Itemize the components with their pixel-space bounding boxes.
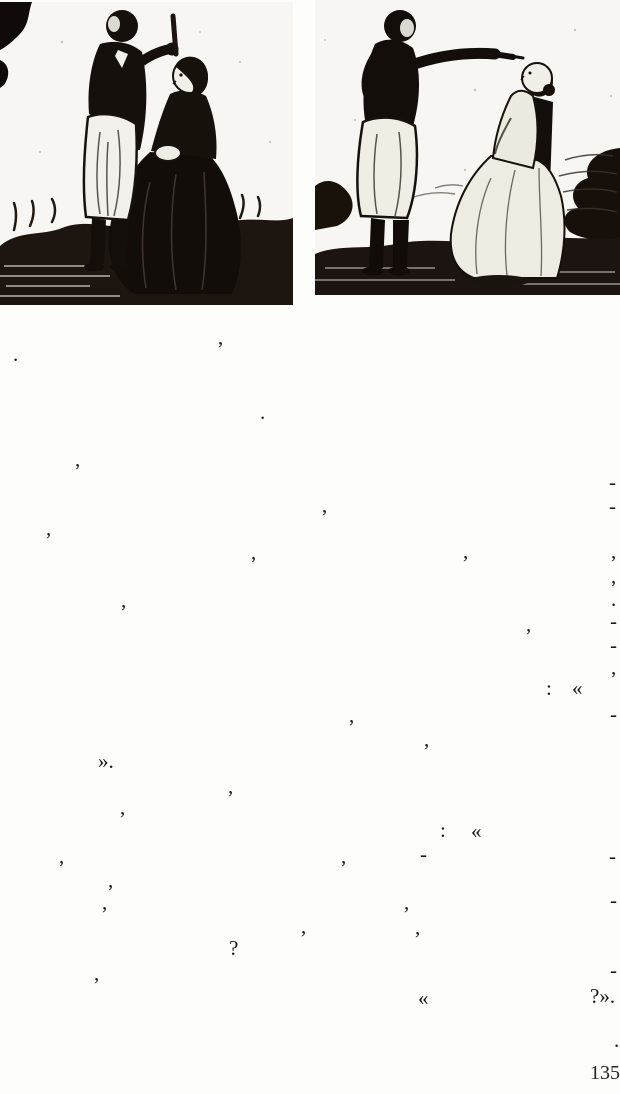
punctuation-mark: : xyxy=(440,820,446,841)
punctuation-mark: « xyxy=(418,988,429,1009)
punctuation-mark: , xyxy=(463,541,468,562)
punctuation-mark: - xyxy=(610,611,617,632)
punctuation-mark: - xyxy=(610,635,617,656)
punctuation-mark: - xyxy=(420,844,427,865)
punctuation-mark: , xyxy=(611,657,616,678)
punctuation-mark: , xyxy=(102,892,107,913)
punctuation-mark: , xyxy=(349,705,354,726)
punctuation-mark: - xyxy=(610,960,617,981)
punctuation-mark: , xyxy=(251,542,256,563)
punctuation-mark: . xyxy=(614,1030,619,1051)
punctuation-mark: ». xyxy=(98,751,114,772)
punctuation-mark: . xyxy=(13,344,18,365)
punctuation-mark: . xyxy=(611,589,616,610)
book-page: ,..,--,,,,,,,.-,-,:«,-,».,,:«,,--,,,-,,?… xyxy=(0,0,620,1094)
punctuation-mark: « xyxy=(471,821,482,842)
punctuation-mark: , xyxy=(108,870,113,891)
punctuation-mark: - xyxy=(609,846,616,867)
punctuation-mark: , xyxy=(94,963,99,984)
punctuation-mark: , xyxy=(121,590,126,611)
punctuation-mark: , xyxy=(424,729,429,750)
page-number: 135 xyxy=(590,1063,620,1083)
punctuation-mark: , xyxy=(46,518,51,539)
punctuation-mark: , xyxy=(59,846,64,867)
punctuation-mark: , xyxy=(341,846,346,867)
punctuation-mark: , xyxy=(75,449,80,470)
punctuation-mark: - xyxy=(609,496,616,517)
punctuation-mark: - xyxy=(610,704,617,725)
punctuation-mark: , xyxy=(526,614,531,635)
punctuation-mark: , xyxy=(120,797,125,818)
punctuation-mark: , xyxy=(228,776,233,797)
punctuation-mark: ? xyxy=(229,938,238,959)
punctuation-mark: , xyxy=(611,541,616,562)
punctuation-mark: - xyxy=(610,890,617,911)
punctuation-mark: : xyxy=(546,678,552,699)
punctuation-mark: - xyxy=(609,472,616,493)
punctuation-mark: ?». xyxy=(590,986,615,1007)
punctuation-mark: , xyxy=(218,327,223,348)
faded-text-punctuation-layer: ,..,--,,,,,,,.-,-,:«,-,».,,:«,,--,,,-,,?… xyxy=(0,0,620,1094)
punctuation-mark: , xyxy=(322,495,327,516)
punctuation-mark: . xyxy=(260,402,265,423)
punctuation-mark: , xyxy=(415,917,420,938)
punctuation-mark: , xyxy=(404,892,409,913)
punctuation-mark: , xyxy=(301,916,306,937)
punctuation-mark: , xyxy=(611,566,616,587)
punctuation-mark: « xyxy=(572,678,583,699)
